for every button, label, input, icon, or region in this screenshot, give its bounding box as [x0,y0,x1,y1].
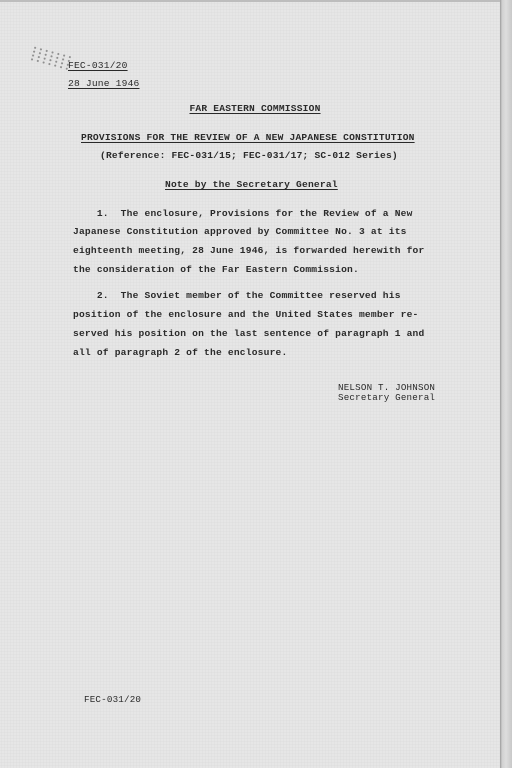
note-heading: Note by the Secretary General [165,179,338,190]
paragraph-line: 2. The Soviet member of the Committee re… [73,290,401,301]
page-title: FAR EASTERN COMMISSION [0,103,510,114]
subject-heading: PROVISIONS FOR THE REVIEW OF A NEW JAPAN… [81,132,415,143]
paragraph-line: Japanese Constitution approved by Commit… [73,226,407,237]
footer-doc-number: FEC-031/20 [84,694,141,705]
scan-right-edge [500,0,512,768]
reference-line: (Reference: FEC-031/15; FEC-031/17; SC-0… [100,150,398,161]
paragraph-line: all of paragraph 2 of the enclosure. [73,347,287,358]
doc-number: FEC-031/20 [68,60,128,71]
paragraph-line: the consideration of the Far Eastern Com… [73,264,359,275]
paragraph-line: position of the enclosure and the United… [73,309,419,320]
signature-title: Secretary General [338,392,435,403]
doc-date: 28 June 1946 [68,78,140,89]
paragraph-line: 1. The enclosure, Provisions for the Rev… [73,208,413,219]
document-page: FEC-031/20 28 June 1946 FAR EASTERN COMM… [0,2,500,768]
paragraph-line: served his position on the last sentence… [73,328,424,339]
paragraph-line: eighteenth meeting, 28 June 1946, is for… [73,245,424,256]
punch-marks [29,45,72,71]
